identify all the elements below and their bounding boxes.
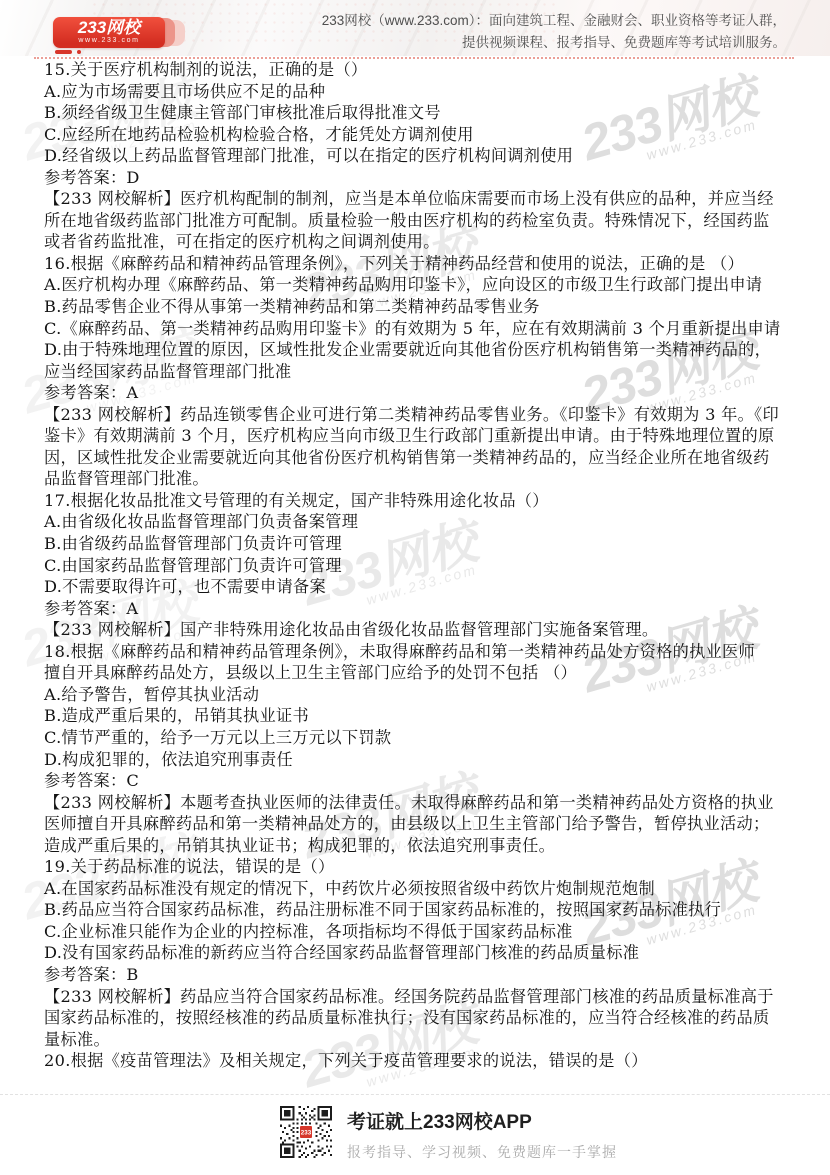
text-line: 16.根据《麻醉药品和精神药品管理条例》，下列关于精神药品经营和使用的说法，正确… bbox=[44, 253, 814, 275]
tagline-line-1: 233网校（www.233.com）：面向建筑工程、金融财会、职业资格等考证人群… bbox=[322, 10, 786, 32]
text-line: 应当经国家药品监督管理部门批准 bbox=[44, 361, 814, 383]
text-line: 参考答案：C bbox=[44, 770, 814, 792]
question-block: 18.根据《麻醉药品和精神药品管理条例》，未取得麻醉药品和第一类精神药品处方资格… bbox=[44, 641, 814, 856]
text-line: 20.根据《疫苗管理法》及相关规定，下列关于疫苗管理要求的说法，错误的是（） bbox=[44, 1050, 814, 1072]
text-line: 参考答案：A bbox=[44, 382, 814, 404]
text-line: 量标准。 bbox=[44, 1029, 814, 1051]
text-line: C.应经所在地药品检验机构检验合格，才能凭处方调剂使用 bbox=[44, 124, 814, 146]
question-lines: 15.关于医疗机构制剂的说法，正确的是（） A.应为市场需要且市场供应不足的品种… bbox=[44, 59, 814, 253]
question-block: 16.根据《麻醉药品和精神药品管理条例》，下列关于精神药品经营和使用的说法，正确… bbox=[44, 253, 814, 490]
text-line: A.医疗机构办理《麻醉药品、第一类精神药品购用印鉴卡》，应向设区的市级卫生行政部… bbox=[44, 274, 814, 296]
text-line: D.由于特殊地理位置的原因，区域性批发企业需要就近向其他省份医疗机构销售第一类精… bbox=[44, 339, 814, 361]
text-line: 18.根据《麻醉药品和精神药品管理条例》，未取得麻醉药品和第一类精神药品处方资格… bbox=[44, 641, 814, 663]
question-lines: 19.关于药品标准的说法，错误的是（） A.在国家药品标准没有规定的情况下，中药… bbox=[44, 856, 814, 1050]
footer-separator bbox=[0, 1094, 830, 1095]
text-line: D.不需要取得许可，也不需要申请备案 bbox=[44, 576, 814, 598]
text-line: B.药品零售企业不得从事第一类精神药品和第二类精神药品零售业务 bbox=[44, 296, 814, 318]
text-line: 参考答案：B bbox=[44, 964, 814, 986]
logo-title: 233网校 bbox=[53, 19, 165, 37]
app-promo-subtitle: 报考指导、学习视频、免费题库一手掌握 bbox=[347, 1142, 617, 1162]
question-lines: 18.根据《麻醉药品和精神药品管理条例》，未取得麻醉药品和第一类精神药品处方资格… bbox=[44, 641, 814, 856]
qr-code-icon: 233 bbox=[280, 1106, 332, 1158]
question-block: 19.关于药品标准的说法，错误的是（） A.在国家药品标准没有规定的情况下，中药… bbox=[44, 856, 814, 1050]
text-line: 造成严重后果的，吊销其执业证书；构成犯罪的，依法追究刑事责任。 bbox=[44, 835, 814, 857]
document-page: 233网校 www.233.com 233网校（www.233.com）：面向建… bbox=[0, 0, 830, 1175]
page-header: 233网校 www.233.com 233网校（www.233.com）：面向建… bbox=[0, 0, 830, 56]
logo-dash-decoration bbox=[55, 50, 72, 54]
text-line: 【233 网校解析】医疗机构配制的制剂，应当是本单位临床需要而市场上没有供应的品… bbox=[44, 188, 814, 210]
question-list: 15.关于医疗机构制剂的说法，正确的是（） A.应为市场需要且市场供应不足的品种… bbox=[44, 59, 814, 1072]
text-line: A.给予警告，暂停其执业活动 bbox=[44, 684, 814, 706]
text-line: D.构成犯罪的，依法追究刑事责任 bbox=[44, 749, 814, 771]
logo-url: www.233.com bbox=[53, 37, 165, 44]
text-line: 医师擅自开具麻醉药品和第一类精神品处方的，由县级以上卫生主管部门给予警告，暂停执… bbox=[44, 813, 814, 835]
text-line: 【233 网校解析】本题考查执业医师的法律责任。未取得麻醉药品和第一类精神药品处… bbox=[44, 792, 814, 814]
text-line: B.须经省级卫生健康主管部门审核批准后取得批准文号 bbox=[44, 102, 814, 124]
text-line: C.情节严重的，给予一万元以上三万元以下罚款 bbox=[44, 727, 814, 749]
question-lines: 20.根据《疫苗管理法》及相关规定，下列关于疫苗管理要求的说法，错误的是（） bbox=[44, 1050, 814, 1072]
exam-content: 15.关于医疗机构制剂的说法，正确的是（） A.应为市场需要且市场供应不足的品种… bbox=[44, 59, 814, 1072]
text-line: 19.关于药品标准的说法，错误的是（） bbox=[44, 856, 814, 878]
text-line: C.《麻醉药品、第一类精神药品购用印鉴卡》的有效期为 5 年，应在有效期满前 3… bbox=[44, 318, 814, 340]
question-lines: 17.根据化妆品批准文号管理的有关规定，国产非特殊用途化妆品（） A.由省级化妆… bbox=[44, 490, 814, 641]
question-block: 20.根据《疫苗管理法》及相关规定，下列关于疫苗管理要求的说法，错误的是（） bbox=[44, 1050, 814, 1072]
tagline-line-2: 提供视频课程、报考指导、免费题库等考试培训服务。 bbox=[322, 32, 786, 54]
text-line: A.应为市场需要且市场供应不足的品种 bbox=[44, 81, 814, 103]
text-line: D.经省级以上药品监督管理部门批准，可以在指定的医疗机构间调剂使用 bbox=[44, 145, 814, 167]
text-line: 国家药品标准的，按照经核准的药品质量标准执行；没有国家药品标准的，应当符合经核准… bbox=[44, 1007, 814, 1029]
text-line: 所在地省级药监部门批准方可配制。质量检验一般由医疗机构的药检室负责。特殊情况下，… bbox=[44, 210, 814, 232]
text-line: B.药品应当符合国家药品标准，药品注册标准不同于国家药品标准的，按照国家药品标准… bbox=[44, 899, 814, 921]
text-line: A.在国家药品标准没有规定的情况下，中药饮片必须按照省级中药饮片炮制规范炮制 bbox=[44, 878, 814, 900]
brand-logo: 233网校 www.233.com bbox=[53, 17, 193, 49]
site-tagline: 233网校（www.233.com）：面向建筑工程、金融财会、职业资格等考证人群… bbox=[322, 10, 786, 53]
text-line: B.由省级药品监督管理部门负责许可管理 bbox=[44, 533, 814, 555]
app-promo-footer: 233 考证就上233网校APP 报考指导、学习视频、免费题库一手掌握 bbox=[280, 1106, 617, 1162]
text-line: C.企业标准只能作为企业的内控标准，各项指标均不得低于国家药品标准 bbox=[44, 921, 814, 943]
text-line: 15.关于医疗机构制剂的说法，正确的是（） bbox=[44, 59, 814, 81]
text-line: 17.根据化妆品批准文号管理的有关规定，国产非特殊用途化妆品（） bbox=[44, 490, 814, 512]
text-line: B.造成严重后果的，吊销其执业证书 bbox=[44, 705, 814, 727]
question-block: 17.根据化妆品批准文号管理的有关规定，国产非特殊用途化妆品（） A.由省级化妆… bbox=[44, 490, 814, 641]
logo-card: 233网校 www.233.com bbox=[53, 17, 165, 48]
text-line: 或者省药监批准，可在指定的医疗机构之间调剂使用。 bbox=[44, 231, 814, 253]
text-line: D.没有国家药品标准的新药应当符合经国家药品监督管理部门核准的药品质量标准 bbox=[44, 942, 814, 964]
app-promo-text: 考证就上233网校APP 报考指导、学习视频、免费题库一手掌握 bbox=[347, 1106, 617, 1162]
question-block: 15.关于医疗机构制剂的说法，正确的是（） A.应为市场需要且市场供应不足的品种… bbox=[44, 59, 814, 253]
text-line: A.由省级化妆品监督管理部门负责备案管理 bbox=[44, 511, 814, 533]
text-line: 因，区域性批发企业需要就近向其他省份医疗机构销售第一类精神药品的，应当经企业所在… bbox=[44, 447, 814, 469]
text-line: 参考答案：D bbox=[44, 167, 814, 189]
text-line: 【233 网校解析】药品应当符合国家药品标准。经国务院药品监督管理部门核准的药品… bbox=[44, 986, 814, 1008]
question-lines: 16.根据《麻醉药品和精神药品管理条例》，下列关于精神药品经营和使用的说法，正确… bbox=[44, 253, 814, 490]
text-line: 品监督管理部门批准。 bbox=[44, 468, 814, 490]
text-line: 【233 网校解析】药品连锁零售企业可进行第二类精神药品零售业务。《印鉴卡》有效… bbox=[44, 404, 814, 426]
text-line: 鉴卡》有效期满前 3 个月，医疗机构应当向市级卫生行政部门重新提出申请。由于特殊… bbox=[44, 425, 814, 447]
logo-dot-decoration bbox=[77, 50, 81, 54]
svg-text:233: 233 bbox=[301, 1129, 312, 1136]
text-line: 【233 网校解析】国产非特殊用途化妆品由省级化妆品监督管理部门实施备案管理。 bbox=[44, 619, 814, 641]
text-line: 参考答案：A bbox=[44, 598, 814, 620]
text-line: C.由国家药品监督管理部门负责许可管理 bbox=[44, 555, 814, 577]
text-line: 擅自开具麻醉药品处方，县级以上卫生主管部门应给予的处罚不包括 （） bbox=[44, 662, 814, 684]
app-promo-title: 考证就上233网校APP bbox=[347, 1107, 617, 1134]
app-qr-code: 233 bbox=[280, 1106, 332, 1158]
